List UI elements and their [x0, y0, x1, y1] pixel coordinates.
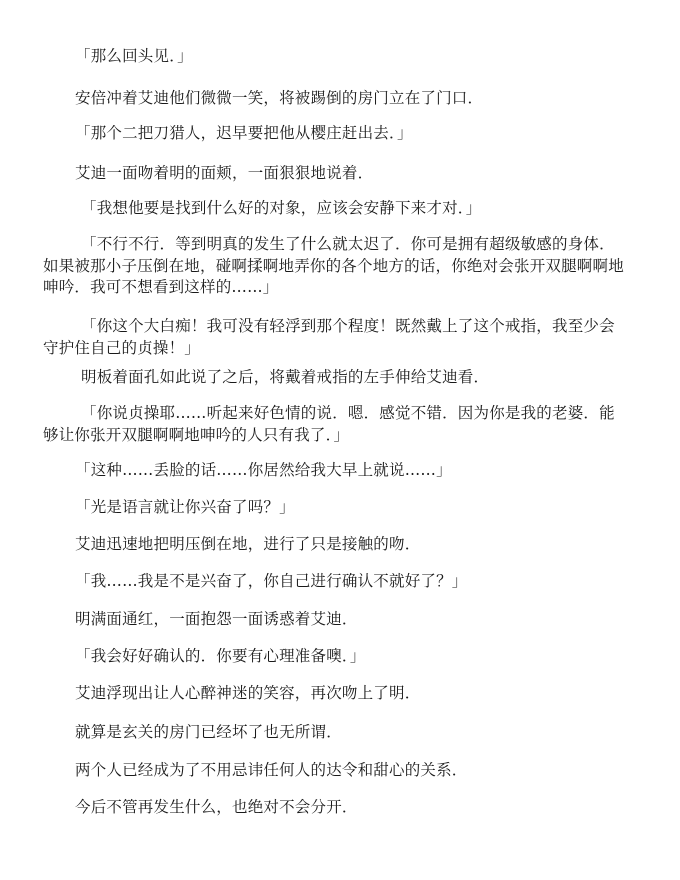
paragraph: 艾迪迅速地把明压倒在地，进行了只是接触的吻．	[43, 534, 625, 556]
paragraph: 「你这个大白痴！我可没有轻浮到那个程度！既然戴上了这个戒指，我至少会守护住自己的…	[43, 316, 625, 359]
paragraph: 艾迪浮现出让人心醉神迷的笑容，再次吻上了明．	[43, 683, 625, 705]
paragraph: 艾迪一面吻着明的面颊，一面狠狠地说着．	[43, 163, 625, 185]
paragraph: 「这种……丢脸的话……你居然给我大早上就说……」	[43, 460, 625, 482]
paragraph: 「光是语言就让你兴奋了吗？」	[43, 497, 625, 519]
paragraph: 「那个二把刀猎人，迟早要把他从樱庄赶出去．」	[43, 123, 625, 145]
paragraph: 「那么回头见．」	[43, 46, 625, 68]
paragraph: 「你说贞操耶……听起来好色情的说．嗯．感觉不错．因为你是我的老婆．能够让你张开双…	[43, 403, 625, 446]
paragraph: 明板着面孔如此说了之后，将戴着戒指的左手伸给艾迪看．	[43, 367, 625, 389]
paragraph: 就算是玄关的房门已经坏了也无所谓．	[43, 722, 625, 744]
paragraph: 「不行不行．等到明真的发生了什么就太迟了．你可是拥有超级敏感的身体．如果被那小子…	[43, 234, 625, 299]
paragraph: 「我想他要是找到什么好的对象，应该会安静下来才对．」	[43, 198, 625, 220]
paragraph: 明满面通红，一面抱怨一面诱惑着艾迪．	[43, 609, 625, 631]
paragraph: 今后不管再发生什么，也绝对不会分开．	[43, 797, 625, 819]
paragraph: 「我会好好确认的．你要有心理准备噢．」	[43, 646, 625, 668]
paragraph: 安倍冲着艾迪他们微微一笑，将被踢倒的房门立在了门口．	[43, 88, 625, 110]
paragraph: 两个人已经成为了不用忌讳任何人的达令和甜心的关系．	[43, 760, 625, 782]
paragraph: 「我……我是不是兴奋了，你自己进行确认不就好了？」	[43, 571, 625, 593]
